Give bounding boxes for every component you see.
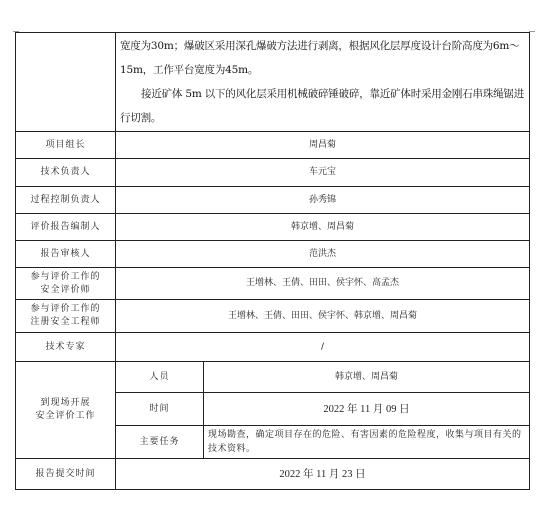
intro-text-cell: 宽度为30m；爆破区采用深孔爆破方法进行剥离，根据风化层厚度设计台阶高度为6m～… xyxy=(116,33,530,132)
table-row-safety-engineers: 参与评价工作的 注册安全工程师 王增林、王倩、田田、侯宇怀、韩京增、周昌菊 xyxy=(16,300,530,333)
row-label: 参与评价工作的 安全评价师 xyxy=(16,268,116,300)
row-label-line2: 安全评价师 xyxy=(16,284,115,297)
row-label-line1: 参与评价工作的 xyxy=(16,271,115,284)
task-value: 现场勘查，确定项目存在的危险、有害因素的危险程度，收集与项目有关的技术资料。 xyxy=(204,426,530,459)
task-label: 主要任务 xyxy=(116,426,204,459)
row-value: 韩京增、周昌菊 xyxy=(116,214,530,241)
time-value: 2022 年 11 月 09 日 xyxy=(204,393,530,426)
table-row-technical-experts: 技术专家 / xyxy=(16,333,530,362)
row-value: 王增林、王倩、田田、侯宇怀、韩京增、周昌菊 xyxy=(116,300,530,333)
table-row-process-control: 过程控制负责人 孙秀锦 xyxy=(16,187,530,214)
row-value: 范洪杰 xyxy=(116,241,530,268)
table-row-site-personnel: 到现场开展 安全评价工作 人员 韩京增、周昌菊 xyxy=(16,362,530,393)
table-row-submission-time: 报告提交时间 2022 年 11 月 23 日 xyxy=(16,459,530,490)
site-work-label-line2: 安全评价工作 xyxy=(16,410,115,423)
row-label-line1: 参与评价工作的 xyxy=(16,303,115,316)
site-work-label: 到现场开展 安全评价工作 xyxy=(16,362,116,459)
row-label: 过程控制负责人 xyxy=(16,187,116,214)
row-label: 报告审核人 xyxy=(16,241,116,268)
row-label: 项目组长 xyxy=(16,132,116,159)
row-value: 孙秀锦 xyxy=(116,187,530,214)
row-label-line2: 注册安全工程师 xyxy=(16,316,115,329)
row-label: 参与评价工作的 注册安全工程师 xyxy=(16,300,116,333)
row-value: 车元宝 xyxy=(116,159,530,187)
site-work-label-line1: 到现场开展 xyxy=(16,397,115,410)
table-row-report-authors: 评价报告编制人 韩京增、周昌菊 xyxy=(16,214,530,241)
intro-label-cell xyxy=(16,33,116,132)
row-label: 技术专家 xyxy=(16,333,116,362)
intro-row: 宽度为30m；爆破区采用深孔爆破方法进行剥离，根据风化层厚度设计台阶高度为6m～… xyxy=(16,33,530,132)
submission-label: 报告提交时间 xyxy=(16,459,116,490)
row-value: 周昌菊 xyxy=(116,132,530,159)
table-row-project-leader: 项目组长 周昌菊 xyxy=(16,132,530,159)
row-value: 王增林、王倩、田田、侯宇怀、高孟杰 xyxy=(116,268,530,300)
personnel-label: 人员 xyxy=(116,362,204,393)
table-row-technical-lead: 技术负责人 车元宝 xyxy=(16,159,530,187)
table-row-safety-assessors: 参与评价工作的 安全评价师 王增林、王倩、田田、侯宇怀、高孟杰 xyxy=(16,268,530,300)
document-page: 宽度为30m；爆破区采用深孔爆破方法进行剥离，根据风化层厚度设计台阶高度为6m～… xyxy=(0,0,550,526)
personnel-value: 韩京增、周昌菊 xyxy=(204,362,530,393)
intro-paragraph-2: 接近矿体 5m 以下的风化层采用机械破碎锤破碎，靠近矿体时采用金刚石串珠绳锯进行… xyxy=(120,82,525,130)
submission-value: 2022 年 11 月 23 日 xyxy=(116,459,530,490)
intro-paragraph-1: 宽度为30m；爆破区采用深孔爆破方法进行剥离，根据风化层厚度设计台阶高度为6m～… xyxy=(120,40,519,76)
project-info-table: 宽度为30m；爆破区采用深孔爆破方法进行剥离，根据风化层厚度设计台阶高度为6m～… xyxy=(15,32,530,490)
table-row-report-reviewer: 报告审核人 范洪杰 xyxy=(16,241,530,268)
time-label: 时间 xyxy=(116,393,204,426)
row-value: / xyxy=(116,333,530,362)
row-label: 评价报告编制人 xyxy=(16,214,116,241)
row-label: 技术负责人 xyxy=(16,159,116,187)
